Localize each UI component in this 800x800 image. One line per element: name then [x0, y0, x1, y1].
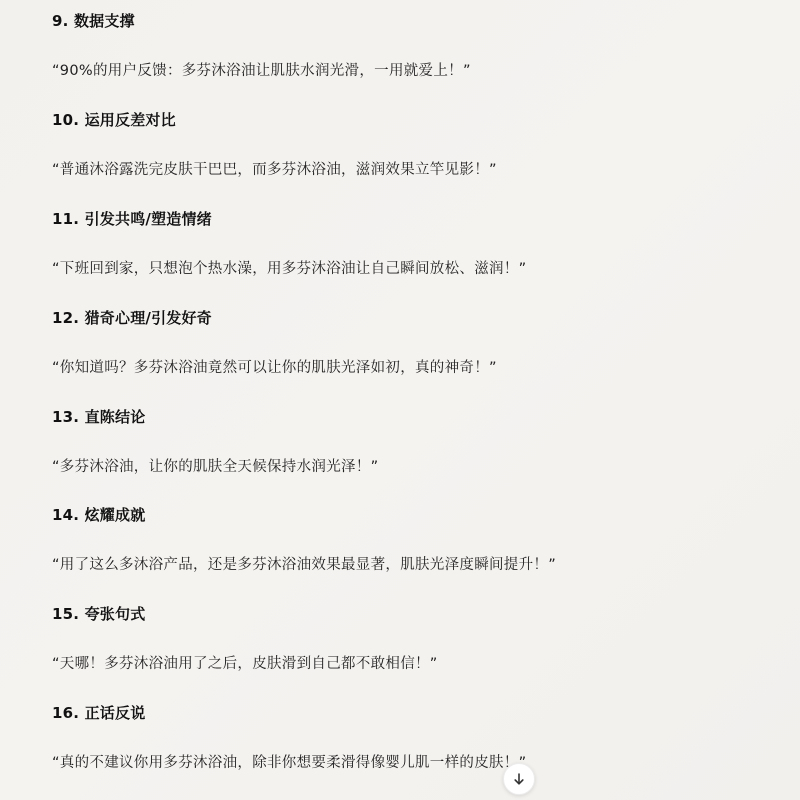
section-heading: 11. 引发共鸣/塑造情绪 [52, 209, 212, 229]
copy-example-section: 13. 直陈结论 “多芬沐浴油，让你的肌肤全天候保持水润光泽！” [52, 396, 772, 495]
copy-example-section: 15. 夸张句式 “天哪！多芬沐浴油用了之后，皮肤滑到自己都不敢相信！” [52, 593, 772, 692]
arrow-down-icon [512, 772, 526, 786]
section-heading: 16. 正话反说 [52, 703, 145, 723]
copy-example-section: 11. 引发共鸣/塑造情绪 “下班回到家，只想泡个热水澡，用多芬沐浴油让自己瞬间… [52, 198, 772, 297]
section-heading: 9. 数据支撑 [52, 11, 135, 31]
example-quote: “普通沐浴露洗完皮肤干巴巴，而多芬沐浴油，滋润效果立竿见影！” [52, 160, 497, 180]
copy-example-section: 10. 运用反差对比 “普通沐浴露洗完皮肤干巴巴，而多芬沐浴油，滋润效果立竿见影… [52, 99, 772, 198]
section-heading: 15. 夸张句式 [52, 604, 145, 624]
example-quote: “下班回到家，只想泡个热水澡，用多芬沐浴油让自己瞬间放松、滋润！” [52, 259, 526, 279]
example-quote: “90%的用户反馈：多芬沐浴油让肌肤水润光滑，一用就爱上！” [52, 61, 471, 81]
section-heading: 13. 直陈结论 [52, 407, 145, 427]
example-quote: “你知道吗？多芬沐浴油竟然可以让你的肌肤光泽如初，真的神奇！” [52, 358, 497, 378]
example-quote: “用了这么多沐浴产品，还是多芬沐浴油效果最显著，肌肤光泽度瞬间提升！” [52, 555, 556, 575]
example-quote: “天哪！多芬沐浴油用了之后，皮肤滑到自己都不敢相信！” [52, 654, 438, 674]
section-heading: 12. 猎奇心理/引发好奇 [52, 308, 212, 328]
section-heading: 10. 运用反差对比 [52, 110, 176, 130]
example-quote: “真的不建议你用多芬沐浴油，除非你想要柔滑得像婴儿肌一样的皮肤！” [52, 753, 526, 773]
scroll-to-bottom-button[interactable] [503, 763, 535, 795]
example-quote: “多芬沐浴油，让你的肌肤全天候保持水润光泽！” [52, 457, 378, 477]
copy-example-section: 12. 猎奇心理/引发好奇 “你知道吗？多芬沐浴油竟然可以让你的肌肤光泽如初，真… [52, 297, 772, 396]
copy-example-section: 9. 数据支撑 “90%的用户反馈：多芬沐浴油让肌肤水润光滑，一用就爱上！” [52, 0, 772, 99]
section-heading: 14. 炫耀成就 [52, 505, 145, 525]
copy-example-section: 14. 炫耀成就 “用了这么多沐浴产品，还是多芬沐浴油效果最显著，肌肤光泽度瞬间… [52, 494, 772, 593]
copy-example-section: 16. 正话反说 “真的不建议你用多芬沐浴油，除非你想要柔滑得像婴儿肌一样的皮肤… [52, 692, 772, 791]
